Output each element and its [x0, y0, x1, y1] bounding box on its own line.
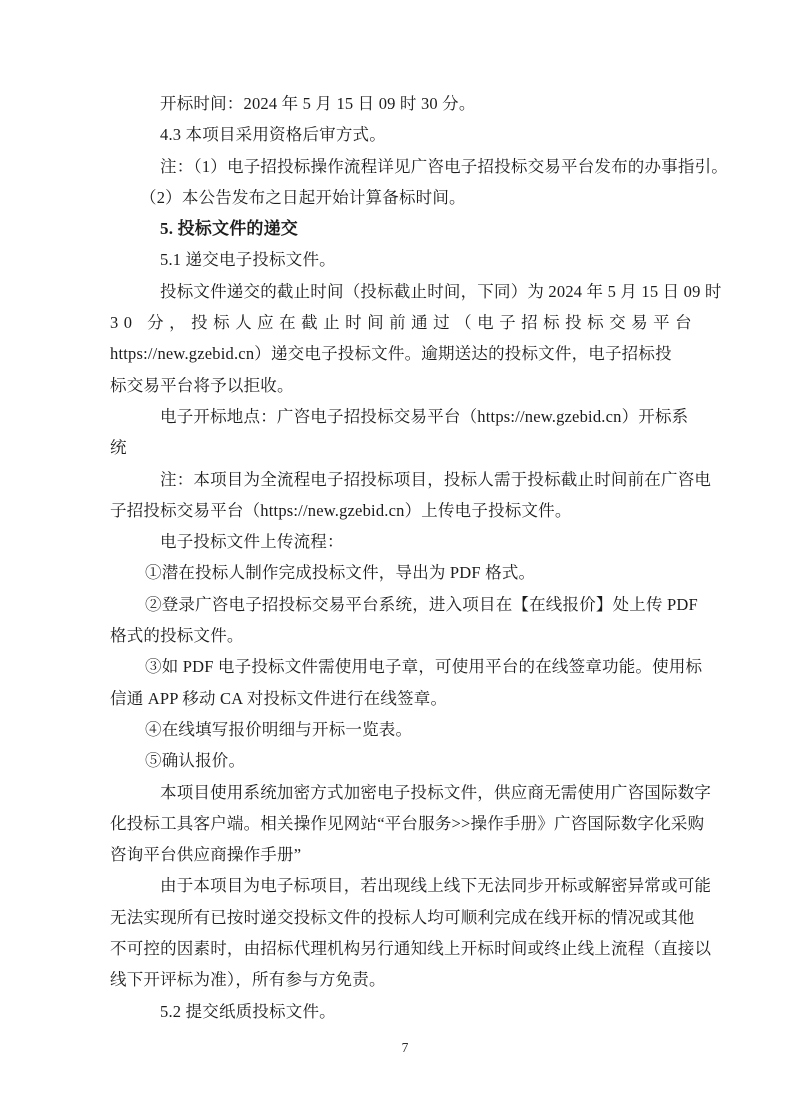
- text-line: 注：本项目为全流程电子招投标项目，投标人需于投标截止时间前在广咨电: [110, 464, 700, 495]
- text-line: （2）本公告发布之日起开始计算备标时间。: [110, 182, 700, 213]
- page-number: 7: [402, 1040, 409, 1055]
- text-line: 投标文件递交的截止时间（投标截止时间，下同）为 2024 年 5 月 15 日 …: [110, 276, 700, 307]
- text-line: 开标时间：2024 年 5 月 15 日 09 时 30 分。: [110, 88, 700, 119]
- document-body: 开标时间：2024 年 5 月 15 日 09 时 30 分。4.3 本项目采用…: [110, 88, 700, 1027]
- text-line: 标交易平台将予以拒收。: [110, 370, 700, 401]
- text-line: 格式的投标文件。: [110, 620, 700, 651]
- text-line: ③如 PDF 电子投标文件需使用电子章，可使用平台的在线签章功能。使用标: [110, 651, 700, 682]
- text-line: ②登录广咨电子招投标交易平台系统，进入项目在【在线报价】处上传 PDF: [110, 589, 700, 620]
- text-line: 4.3 本项目采用资格后审方式。: [110, 119, 700, 150]
- text-line: https://new.gzebid.cn）递交电子投标文件。逾期送达的投标文件…: [110, 338, 700, 369]
- text-line: 电子投标文件上传流程：: [110, 526, 700, 557]
- text-line: 电子开标地点：广咨电子招投标交易平台（https://new.gzebid.cn…: [110, 401, 700, 432]
- text-line: 子招投标交易平台（https://new.gzebid.cn）上传电子投标文件。: [110, 495, 700, 526]
- document-page: 开标时间：2024 年 5 月 15 日 09 时 30 分。4.3 本项目采用…: [0, 0, 790, 1119]
- text-line: 注：（1）电子招投标操作流程详见广咨电子招投标交易平台发布的办事指引。: [110, 151, 700, 182]
- text-line: 无法实现所有已按时递交投标文件的投标人均可顺利完成在线开标的情况或其他: [110, 902, 700, 933]
- text-line: 统: [110, 432, 700, 463]
- text-line: 30 分，投标人应在截止时间前通过（电子招标投标交易平台: [110, 307, 700, 338]
- text-line: 信通 APP 移动 CA 对投标文件进行在线签章。: [110, 683, 700, 714]
- text-line: 化投标工具客户端。相关操作见网站“平台服务>>操作手册》广咨国际数字化采购: [110, 808, 700, 839]
- text-line: ⑤确认报价。: [110, 745, 700, 776]
- text-line: 由于本项目为电子标项目，若出现线上线下无法同步开标或解密异常或可能: [110, 870, 700, 901]
- text-line: 5.1 递交电子投标文件。: [110, 244, 700, 275]
- page-footer: 7: [110, 1038, 700, 1058]
- text-line: ④在线填写报价明细与开标一览表。: [110, 714, 700, 745]
- text-line: 不可控的因素时，由招标代理机构另行通知线上开标时间或终止线上流程（直接以: [110, 933, 700, 964]
- text-line: 咨询平台供应商操作手册”: [110, 839, 700, 870]
- section-heading: 5. 投标文件的递交: [110, 213, 700, 244]
- text-line: 本项目使用系统加密方式加密电子投标文件，供应商无需使用广咨国际数字: [110, 777, 700, 808]
- text-line: 线下开评标为准），所有参与方免责。: [110, 964, 700, 995]
- text-line: ①潜在投标人制作完成投标文件，导出为 PDF 格式。: [110, 557, 700, 588]
- text-line: 5.2 提交纸质投标文件。: [110, 996, 700, 1027]
